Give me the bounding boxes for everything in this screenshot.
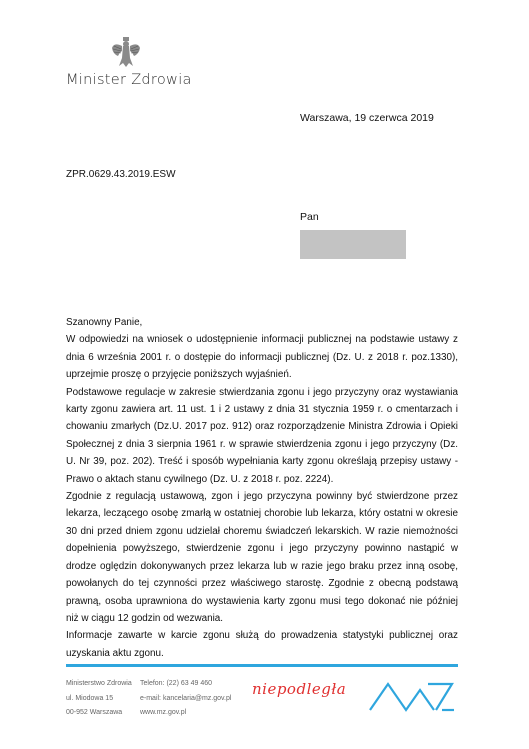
place-and-date: Warszawa, 19 czerwca 2019 — [300, 112, 434, 124]
footer-website[interactable]: www.mz.gov.pl — [140, 706, 231, 721]
letter-body: Szanowny Panie, W odpowiedzi na wniosek … — [66, 314, 458, 662]
paragraph-1: W odpowiedzi na wniosek o udostępnienie … — [66, 331, 458, 383]
footer-address-line: Ministerstwo Zdrowia — [66, 677, 132, 692]
paragraph-4: Informacje zawarte w karcie zgonu służą … — [66, 627, 458, 662]
polish-eagle-emblem-icon — [110, 36, 142, 70]
mz-logo-icon — [368, 680, 458, 712]
recipient-salutation: Pan — [300, 211, 319, 223]
niepodlegla-signature: niepodległa — [252, 680, 346, 698]
footer-email[interactable]: e-mail: kancelaria@mz.gov.pl — [140, 692, 231, 707]
footer-address-line: ul. Miodowa 15 — [66, 692, 132, 707]
footer-divider — [66, 664, 458, 667]
footer-phone: Telefon: (22) 63 49 460 — [140, 677, 231, 692]
footer-address-line: 00-952 Warszawa — [66, 706, 132, 721]
footer-contact: Telefon: (22) 63 49 460 e-mail: kancelar… — [140, 677, 231, 721]
reference-number: ZPR.0629.43.2019.ESW — [66, 169, 176, 180]
paragraph-3: Zgodnie z regulacją ustawową, zgon i jeg… — [66, 488, 458, 627]
footer-address: Ministerstwo Zdrowia ul. Miodowa 15 00-9… — [66, 677, 132, 721]
greeting: Szanowny Panie, — [66, 314, 458, 331]
paragraph-2: Podstawowe regulacje w zakresie stwierdz… — [66, 384, 458, 488]
ministry-logo-text: Minister Zdrowia — [66, 72, 192, 88]
redacted-recipient-name — [300, 230, 406, 259]
